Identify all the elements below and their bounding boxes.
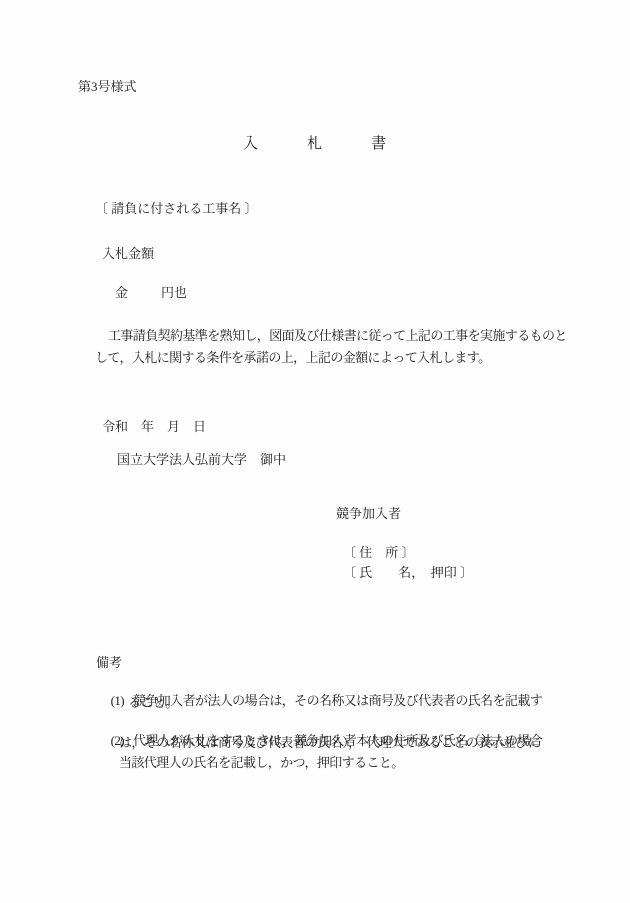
addressee: 国立大学法人弘前大学 御中 (117, 451, 286, 469)
amount-suffix: 円也 (161, 285, 187, 300)
bidder-label: 競争加入者 (336, 505, 401, 523)
remark-1-number: (1) (111, 693, 124, 708)
form-number: 第3号様式 (78, 78, 137, 96)
remark-1-text: 競争加入者が法人の場合は，その名称又は商号及び代表者の氏名を記載す (133, 693, 542, 708)
document-title: 入 札 書 (0, 135, 630, 153)
body-paragraph-line-1: 工事請負契約基準を熟知し，図面及び仕様書に従って上記の工事を実施するものと (95, 327, 567, 345)
amount-prefix: 金 (115, 285, 128, 300)
bid-amount-label: 入札金額 (102, 245, 154, 263)
date-line: 令和 年 月 日 (102, 418, 206, 436)
address-field: 〔 住 所 〕 (343, 544, 415, 562)
body-paragraph-line-2: して，入札に関する条件を承諾の上，上記の金額によって入札します。 (95, 349, 491, 367)
bid-form-document: 第3号様式 入 札 書 〔 請負に付される工事名 〕 入札金額 金円也 工事請負… (0, 0, 630, 903)
remarks-title: 備考 (96, 654, 122, 672)
amount-line: 金円也 (102, 266, 187, 320)
remark-1-line-2: ること。 (128, 694, 178, 712)
remark-2-line-3: 当該代理人の氏名を記載し，かつ，押印すること。 (119, 754, 404, 772)
remark-2-line-2: は，その名称又は商号及び代表者の氏名）， 代理人であることの表示並びに (119, 734, 540, 752)
project-name-label: 〔 請負に付される工事名 〕 (95, 200, 258, 218)
name-seal-field: 〔 氏 名， 押印 〕 (343, 564, 473, 582)
